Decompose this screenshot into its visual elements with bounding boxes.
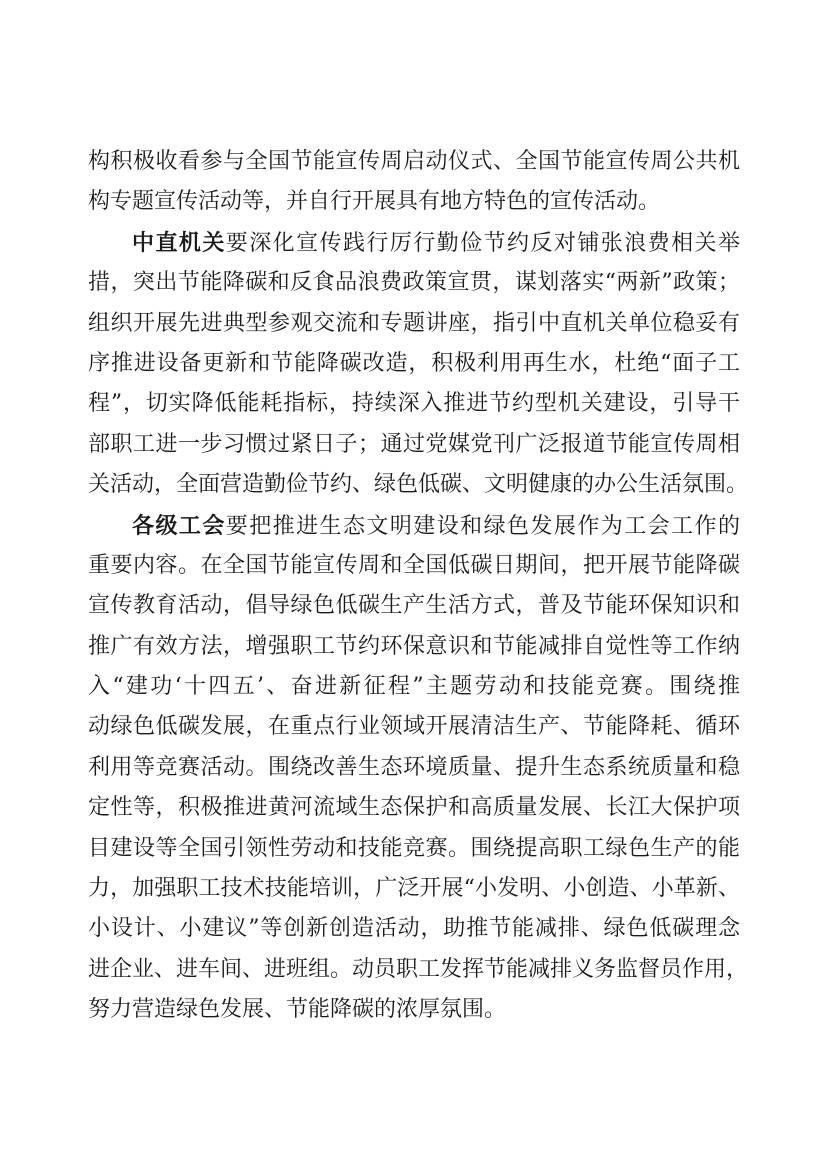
text-line: 进企业、进车间、进班组。动员职工发挥节能减排义务监督员作用，	[88, 950, 740, 990]
paragraph-lead-rest: 要把推进生态文明建设和绿色发展作为工会工作的	[226, 514, 740, 539]
text-line: 努力营造绿色发展、节能降碳的浓厚氛围。	[88, 990, 740, 1030]
text-line: 措，突出节能降碳和反食品浪费政策宣贯，谋划落实“两新”政策；	[88, 263, 740, 303]
text-line: 构积极收看参与全国节能宣传周启动仪式、全国节能宣传周公共机	[88, 142, 740, 182]
text-line: 宣传教育活动，倡导绿色低碳生产生活方式，普及节能环保知识和	[88, 586, 740, 626]
paragraph-lead: 各级工会	[132, 513, 226, 539]
text-line: 部职工进一步习惯过紧日子；通过党媒党刊广泛报道节能宣传周相	[88, 425, 740, 465]
text-line: 力，加强职工技术技能培训，广泛开展“小发明、小创造、小革新、	[88, 869, 740, 909]
text-line: 重要内容。在全国节能宣传周和全国低碳日期间，把开展节能降碳	[88, 546, 740, 586]
text-line: 入“建功‘十四五’、奋进新征程”主题劳动和技能竞赛。围绕推	[88, 667, 740, 707]
text-line: 序推进设备更新和节能降碳改造，积极利用再生水，杜绝“面子工	[88, 344, 740, 384]
paragraph-lead-rest: 要深化宣传践行厉行勤俭节约反对铺张浪费相关举	[226, 231, 740, 256]
text-line: 推广有效方法，增强职工节约环保意识和节能减排自觉性等工作纳	[88, 627, 740, 667]
text-line: 各级工会要把推进生态文明建设和绿色发展作为工会工作的	[88, 506, 740, 546]
text-line: 关活动，全面营造勤俭节约、绿色低碳、文明健康的办公生活氛围。	[88, 465, 740, 505]
text-line: 动绿色低碳发展，在重点行业领域开展清洁生产、节能降耗、循环	[88, 707, 740, 747]
text-line: 利用等竞赛活动。围绕改善生态环境质量、提升生态系统质量和稳	[88, 748, 740, 788]
document-body: 构积极收看参与全国节能宣传周启动仪式、全国节能宣传周公共机 构专题宣传活动等，并…	[88, 142, 740, 1031]
text-line: 程”，切实降低能耗指标，持续深入推进节约型机关建设，引导干	[88, 384, 740, 424]
text-line: 构专题宣传活动等，并自行开展具有地方特色的宣传活动。	[88, 182, 740, 222]
text-line: 定性等，积极推进黄河流域生态保护和高质量发展、长江大保护项	[88, 788, 740, 828]
paragraph: 中直机关要深化宣传践行厉行勤俭节约反对铺张浪费相关举 措，突出节能降碳和反食品浪…	[88, 223, 740, 506]
text-line: 组织开展先进典型参观交流和专题讲座，指引中直机关单位稳妥有	[88, 304, 740, 344]
paragraph: 构积极收看参与全国节能宣传周启动仪式、全国节能宣传周公共机 构专题宣传活动等，并…	[88, 142, 740, 223]
text-line: 中直机关要深化宣传践行厉行勤俭节约反对铺张浪费相关举	[88, 223, 740, 263]
paragraph-lead: 中直机关	[132, 230, 226, 256]
document-page: 构积极收看参与全国节能宣传周启动仪式、全国节能宣传周公共机 构专题宣传活动等，并…	[0, 0, 827, 1169]
text-line: 小设计、小建议”等创新创造活动，助推节能减排、绿色低碳理念	[88, 909, 740, 949]
text-line: 目建设等全国引领性劳动和技能竞赛。围绕提高职工绿色生产的能	[88, 829, 740, 869]
paragraph: 各级工会要把推进生态文明建设和绿色发展作为工会工作的 重要内容。在全国节能宣传周…	[88, 506, 740, 1031]
